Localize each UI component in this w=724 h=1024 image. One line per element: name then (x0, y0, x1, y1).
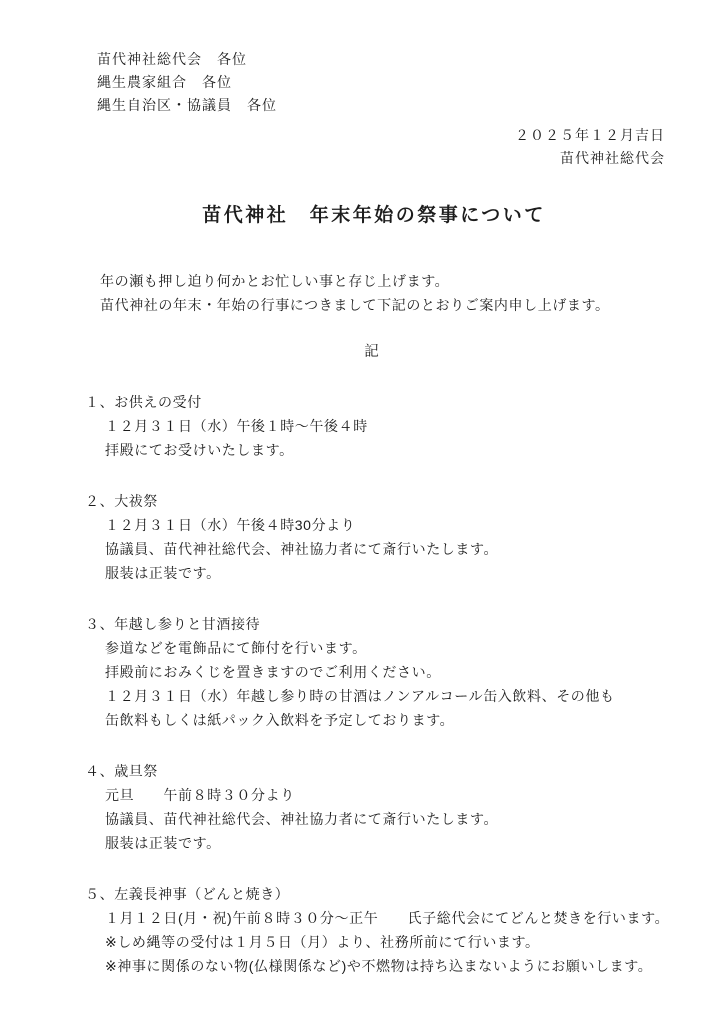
recipient-line: 苗代神社総代会 各位 (97, 48, 277, 71)
greeting-block: 年の瀬も押し迫り何かとお忙しい事と存じ上げます。 苗代神社の年末・年始の行事につ… (100, 269, 610, 317)
section-line: １２月３１日（水）午後１時〜午後４時 (85, 414, 684, 438)
document-date: ２０２５年１２月吉日 (515, 124, 665, 147)
section-line: 缶飲料もしくは紙パック入飲料を予定しております。 (85, 708, 684, 732)
section-line: 協議員、苗代神社総代会、神社協力者にて斎行いたします。 (85, 807, 684, 831)
section-offering-reception: １、お供えの受付 １２月３１日（水）午後１時〜午後４時 拝殿にてお受けいたします… (85, 390, 684, 462)
greeting-line: 年の瀬も押し迫り何かとお忙しい事と存じ上げます。 (100, 269, 610, 293)
section-saitan-festival: ４、歳旦祭 元旦 午前８時３０分より 協議員、苗代神社総代会、神社協力者にて斎行… (85, 759, 684, 855)
section-line: ※神事に関係のない物(仏様関係など)や不燃物は持ち込まないようにお願いします。 (85, 954, 684, 978)
section-list: １、お供えの受付 １２月３１日（水）午後１時〜午後４時 拝殿にてお受けいたします… (85, 390, 684, 1005)
section-line: 服装は正装です。 (85, 831, 684, 855)
section-heading: ５、左義長神事（どんと焼き） (85, 882, 684, 906)
section-line: １２月３１日（水）年越し参り時の甘酒はノンアルコール缶入飲料、その他も (85, 684, 684, 708)
recipient-line: 縄生農家組合 各位 (97, 71, 277, 94)
section-heading: ３、年越し参りと甘酒接待 (85, 612, 684, 636)
section-line: 拝殿前におみくじを置きますのでご利用ください。 (85, 660, 684, 684)
section-line: 元旦 午前８時３０分より (85, 783, 684, 807)
section-line: 服装は正装です。 (85, 561, 684, 585)
document-page: 苗代神社総代会 各位 縄生農家組合 各位 縄生自治区・協議員 各位 ２０２５年１… (0, 0, 724, 1024)
document-sender: 苗代神社総代会 (515, 147, 665, 170)
section-heading: ４、歳旦祭 (85, 759, 684, 783)
document-title: 苗代神社 年末年始の祭事について (12, 203, 724, 229)
section-line: １月１２日(月・祝)午前８時３０分〜正午 氏子総代会にてどんと焚きを行います。 (85, 906, 684, 930)
section-oharae-festival: ２、大祓祭 １２月３１日（水）午後４時30分より 協議員、苗代神社総代会、神社協… (85, 489, 684, 585)
section-heading: １、お供えの受付 (85, 390, 684, 414)
date-sender-block: ２０２５年１２月吉日 苗代神社総代会 (515, 124, 665, 170)
greeting-line: 苗代神社の年末・年始の行事につきまして下記のとおりご案内申し上げます。 (100, 293, 610, 317)
section-new-year-visit: ３、年越し参りと甘酒接待 参道などを電飾品にて飾付を行います。 拝殿前におみくじ… (85, 612, 684, 732)
section-line: 協議員、苗代神社総代会、神社協力者にて斎行いたします。 (85, 537, 684, 561)
section-line: １２月３１日（水）午後４時30分より (85, 513, 684, 537)
section-line: 拝殿にてお受けいたします。 (85, 438, 684, 462)
section-sagicho-rite: ５、左義長神事（どんと焼き） １月１２日(月・祝)午前８時３０分〜正午 氏子総代… (85, 882, 684, 978)
section-line: ※しめ縄等の受付は１月５日（月）より、社務所前にて行います。 (85, 930, 684, 954)
recipient-line: 縄生自治区・協議員 各位 (97, 94, 277, 117)
section-line: 参道などを電飾品にて飾付を行います。 (85, 636, 684, 660)
record-marker: 記 (10, 341, 724, 364)
section-heading: ２、大祓祭 (85, 489, 684, 513)
recipient-block: 苗代神社総代会 各位 縄生農家組合 各位 縄生自治区・協議員 各位 (97, 48, 277, 117)
